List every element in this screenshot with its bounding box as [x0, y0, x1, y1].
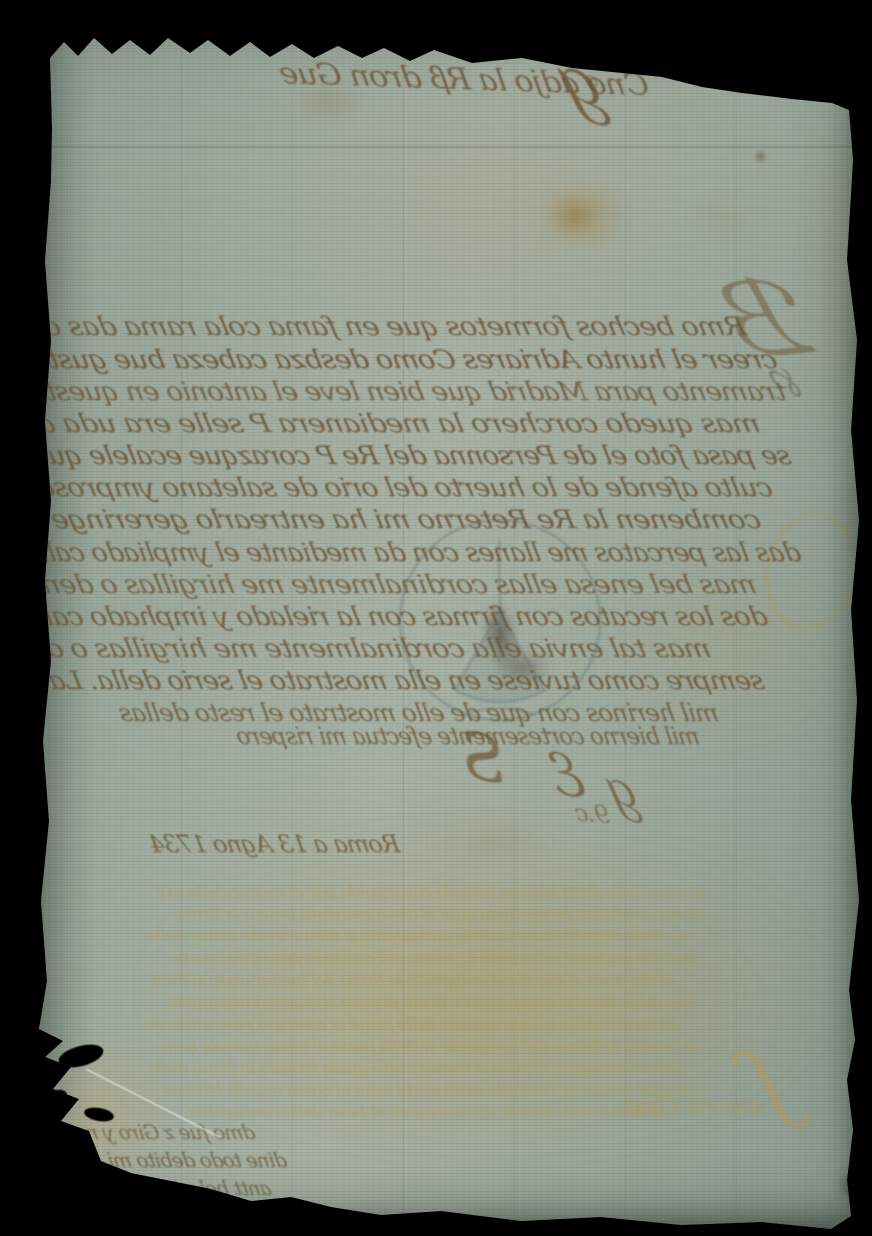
faded-script-line-illegible: mo ra Gno	[622, 1092, 768, 1122]
faded-script-line-illegible: el cons della forto bien se hallado cons…	[155, 882, 707, 901]
margin-flourish-mark: ℘	[768, 352, 803, 398]
main-script-line-illegible: creer el hunto Adriares Como desbza cabe…	[29, 345, 780, 375]
bottom-script-line-illegible: dine todo debito mi guende	[32, 1148, 289, 1172]
signature-flourish: S	[459, 718, 508, 800]
faded-script-line-illegible: de las condanza fermo della qual si trov…	[176, 904, 707, 923]
horizontal-fold-crease	[40, 146, 855, 150]
manuscript-scan: Cno adjo la Rβ dron GueℊRmo bechos forme…	[0, 0, 872, 1236]
bottom-script-line-illegible: antt bela Adrumne Gjda	[48, 1176, 273, 1200]
paper-stain	[200, 900, 760, 1100]
paper-stain	[430, 815, 550, 865]
margin-flourish-mark: ℬ	[720, 254, 833, 384]
main-script-line-illegible: mas bel enesa ellas cordinalmente me hir…	[24, 570, 759, 600]
manuscript-paper-verso: Cno adjo la Rβ dron GueℊRmo bechos forme…	[0, 0, 872, 1236]
watermark-mount	[455, 607, 545, 702]
margin-oval-flourish	[755, 504, 868, 638]
faded-script-line-illegible: con dello stato la campagnia trovato el …	[166, 992, 696, 1011]
paper-stain	[530, 178, 630, 253]
top-fold-flap	[40, 0, 855, 150]
faded-script-line-illegible: por ello andante si ha visto la forma de…	[171, 948, 698, 967]
faded-script-line-illegible: se manda la forma del composto si della …	[160, 1036, 703, 1055]
faded-script-line-illegible: della resto si manda el composto la firm…	[151, 970, 673, 989]
paper-watermark-circle	[395, 512, 605, 730]
main-script-line-illegible: mas tal envia ella cordinalmente me hirg…	[18, 634, 714, 664]
faded-script-line-illegible: della campagnia el peso si menor consegu…	[147, 1058, 688, 1077]
faded-script-line-illegible: el menor dello si bien trovato della fir…	[144, 1014, 678, 1033]
margin-flourish-mark: vy	[12, 1014, 34, 1035]
main-script-line-illegible: tramento para Madrid que bien leve el an…	[27, 377, 788, 407]
signature-flourish: 9.c	[574, 799, 611, 829]
paper-stain	[690, 195, 760, 240]
paper-stain	[552, 196, 598, 236]
faded-script-line-illegible: se della manda el corso della campagnia …	[145, 926, 688, 945]
main-script-line-illegible: Rmo bechos formetos que en fama cola ram…	[18, 312, 749, 342]
date-script-line: Roma a 13 Agno 1734	[148, 830, 403, 858]
paper-stain	[25, 1035, 175, 1195]
margin-flourish-mark: ʃ	[736, 1033, 798, 1135]
signature-flourish: ℰ	[553, 740, 592, 811]
main-script-line-illegible: combenen la Re Reterno mi ha entrearlo g…	[16, 505, 763, 535]
paper-stain	[753, 148, 768, 165]
main-script-line-illegible: culto afende de lo huerto del orio de sa…	[23, 473, 775, 503]
faded-script-line-illegible: la firma dello menor si campagnia el pes…	[187, 1102, 665, 1121]
signature-flourish: ℊ	[602, 748, 652, 827]
main-script-line-illegible: mas quedo corchero la medianera P selle …	[10, 409, 763, 439]
left-fold-shadow	[40, 40, 95, 1170]
paper-stain	[836, 1168, 862, 1202]
bottom-left-crease-crack	[86, 1068, 221, 1138]
paper-stain	[140, 825, 840, 1155]
paper-stain	[690, 16, 750, 34]
watermark-banner	[465, 709, 535, 715]
faded-script-line-illegible: andante si bien el condado della parte p…	[163, 1080, 705, 1099]
main-script-line-illegible: se pasa foto el de Personna del Re P cor…	[30, 441, 793, 471]
